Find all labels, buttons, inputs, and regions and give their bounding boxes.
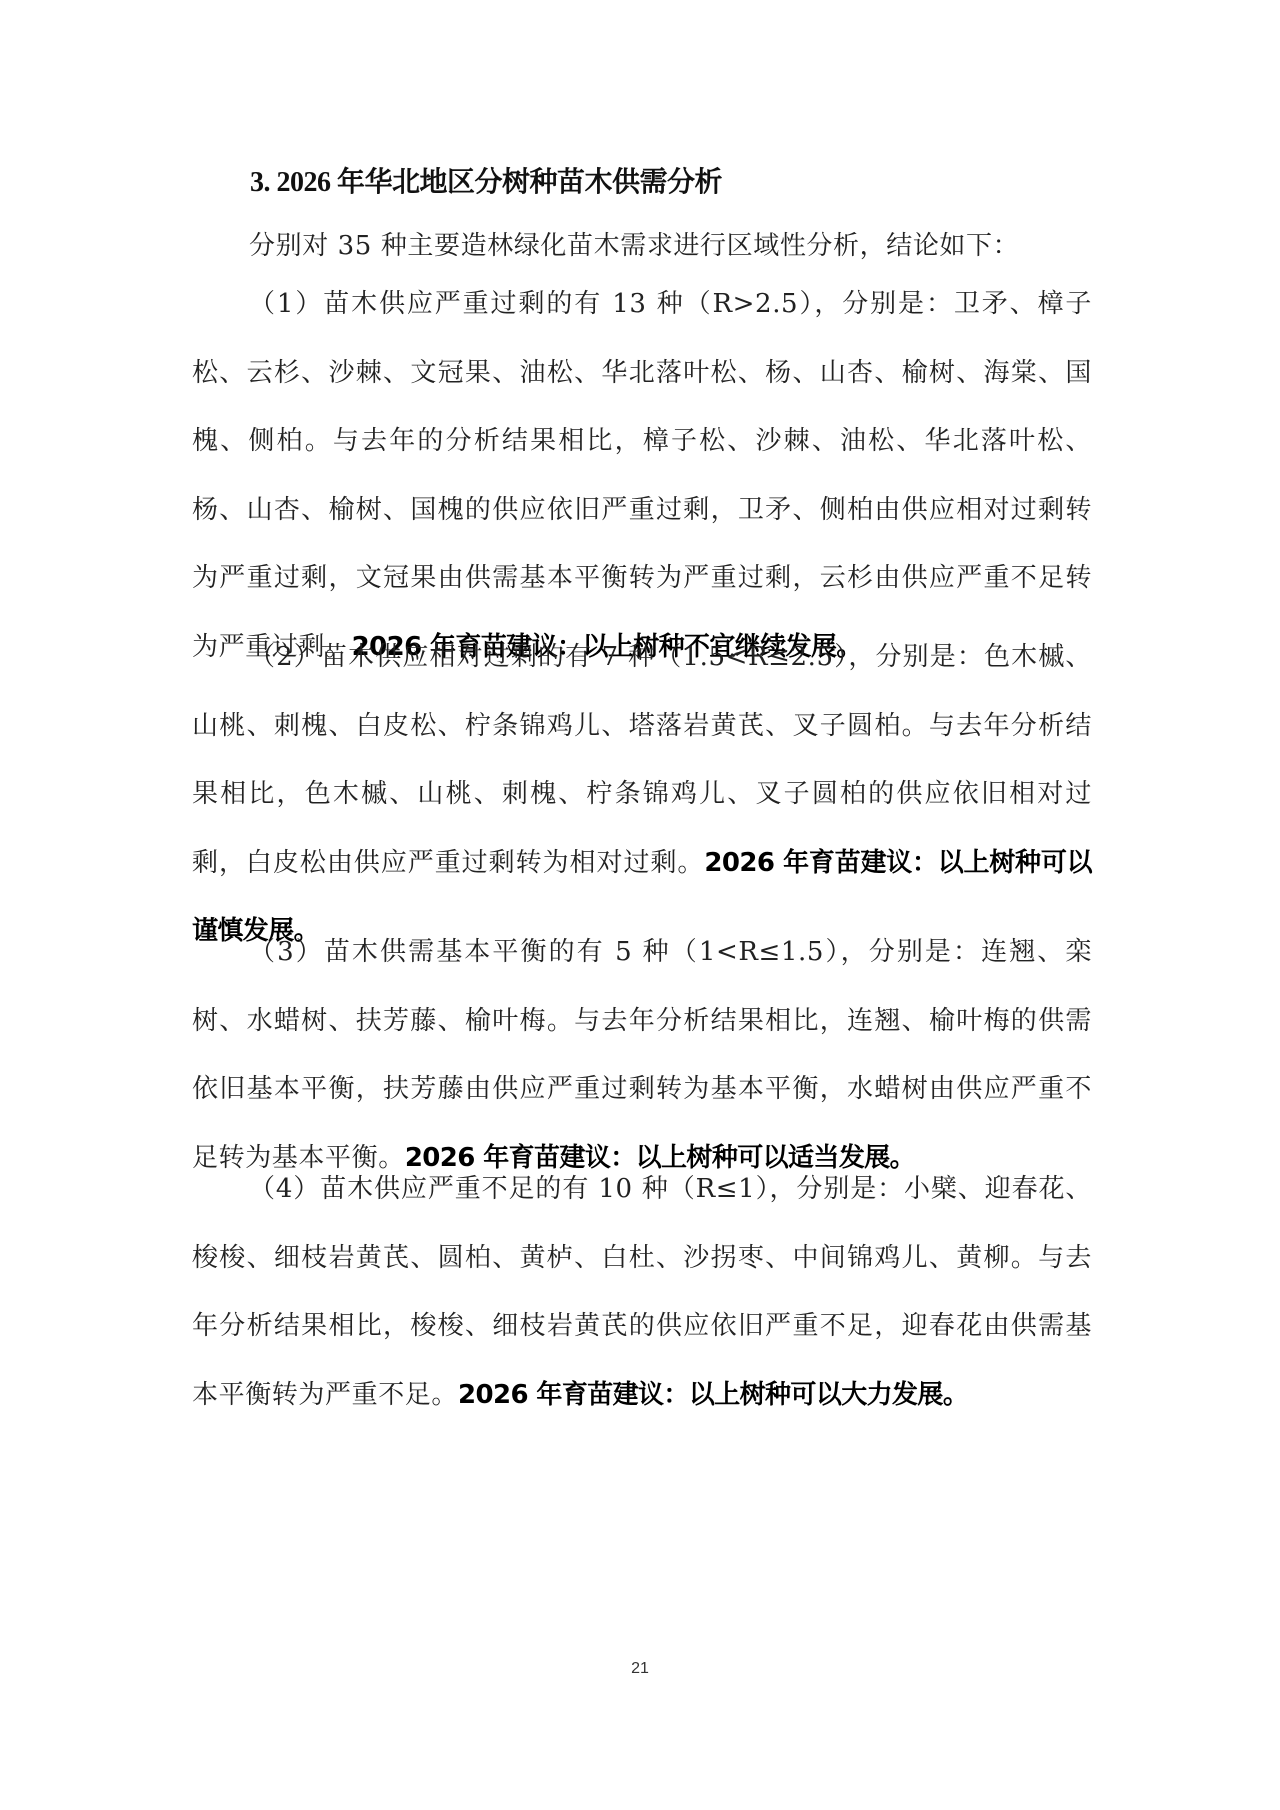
paragraph-severe-surplus: （1）苗木供应严重过剩的有 13 种（R>2.5），分别是：卫矛、樟子松、云杉、…	[192, 270, 1092, 681]
paragraph-balanced: （3）苗木供需基本平衡的有 5 种（1<R≤1.5），分别是：连翘、栾树、水蜡树…	[192, 918, 1092, 1192]
page-number: 21	[0, 1660, 1280, 1678]
paragraph-text: （4）苗木供应严重不足的有 10 种（R≤1），分别是：小檗、迎春花、梭梭、细枝…	[192, 1174, 1092, 1410]
paragraph-relative-surplus: （2）苗木供应相对过剩的有 7 种（1.5<R≤2.5），分别是：色木槭、山桃、…	[192, 623, 1092, 966]
section-title: 3. 2026 年华北地区分树种苗木供需分析	[250, 163, 722, 203]
paragraph-severe-shortage: （4）苗木供应严重不足的有 10 种（R≤1），分别是：小檗、迎春花、梭梭、细枝…	[192, 1155, 1092, 1429]
paragraph-text: （3）苗木供需基本平衡的有 5 种（1<R≤1.5），分别是：连翘、栾树、水蜡树…	[192, 937, 1092, 1173]
paragraph-text: （1）苗木供应严重过剩的有 13 种（R>2.5），分别是：卫矛、樟子松、云杉、…	[192, 289, 1092, 662]
nursery-recommendation: 2026 年育苗建议：以上树种可以大力发展。	[458, 1380, 968, 1410]
paragraph-text: （2）苗木供应相对过剩的有 7 种（1.5<R≤2.5），分别是：色木槭、山桃、…	[192, 642, 1092, 878]
